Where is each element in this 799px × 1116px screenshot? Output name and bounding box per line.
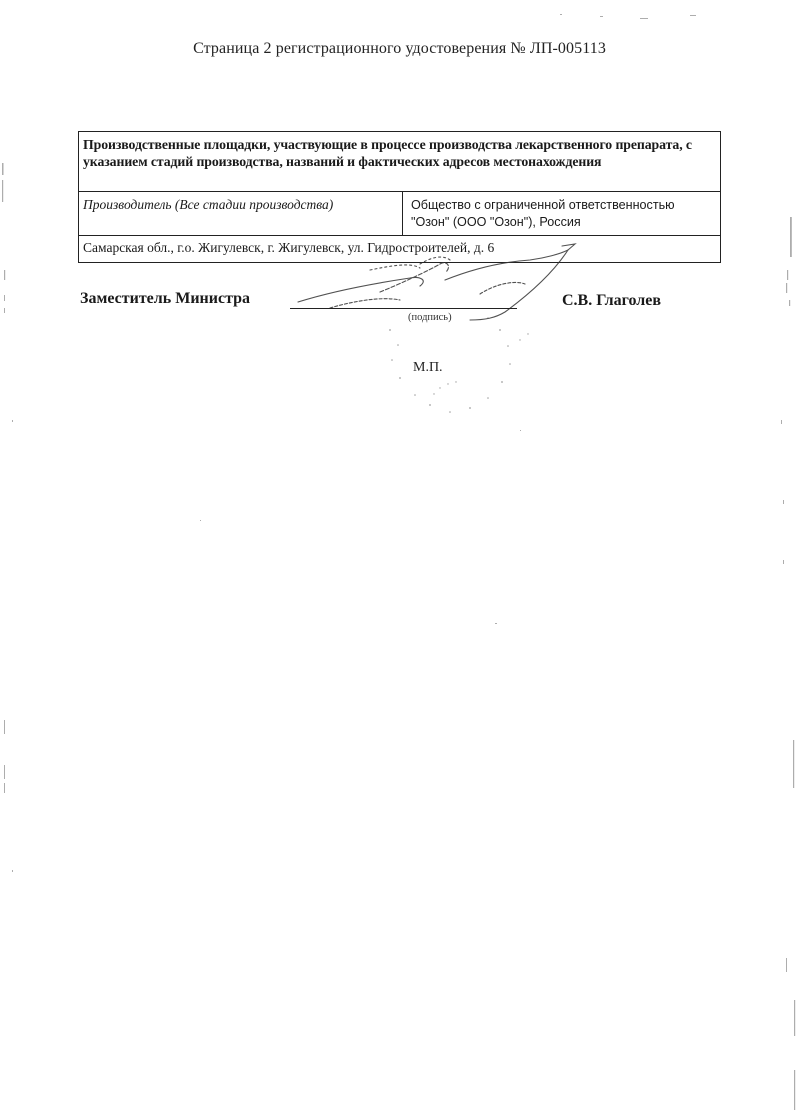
- stamp-placeholder-label: М.П.: [413, 360, 443, 376]
- signer-title: Заместитель Министра: [80, 290, 250, 308]
- signature-line: [290, 308, 517, 309]
- signature-block: Заместитель Министра С.В. Глаголев: [80, 290, 700, 330]
- organization-cell: Общество с ограниченной ответственностью…: [403, 192, 721, 236]
- signature-caption: (подпись): [408, 312, 452, 323]
- table-row: Производитель (Все стадии производства) …: [79, 192, 721, 236]
- table-header-row: Производственные площадки, участвующие в…: [79, 132, 721, 192]
- production-role-cell: Производитель (Все стадии производства): [79, 192, 403, 236]
- table-header-cell: Производственные площадки, участвующие в…: [79, 132, 721, 192]
- page-header: Страница 2 регистрационного удостоверени…: [0, 40, 799, 58]
- signer-name: С.В. Глаголев: [562, 292, 661, 310]
